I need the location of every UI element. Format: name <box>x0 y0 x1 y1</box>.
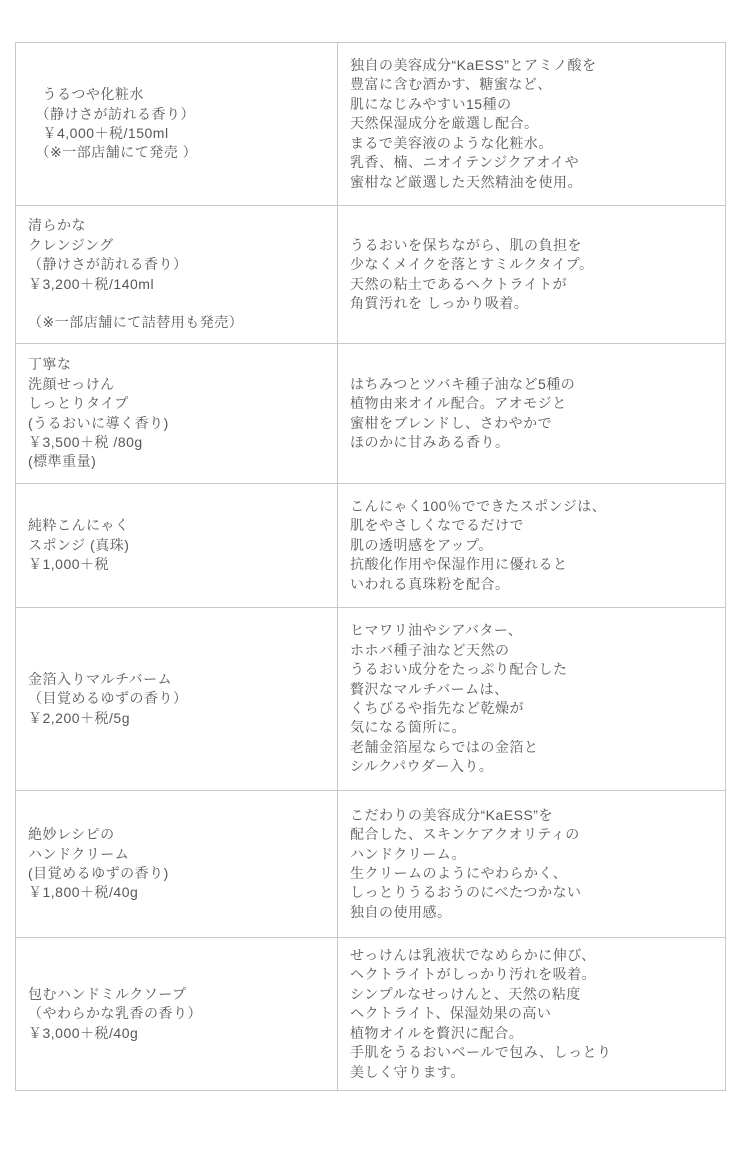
product-name-price: 清らかな クレンジング （静けさが訪れる香り） ￥3,200＋税/140ml （… <box>16 206 338 344</box>
product-name-price: 丁寧な 洗顔せっけん しっとりタイプ (うるおいに導く香り) ￥3,500＋税 … <box>16 344 338 484</box>
table-row: うるつや化粧水 （静けさが訪れる香り） ￥4,000＋税/150ml （※一部店… <box>16 43 726 206</box>
product-name-price: 純粋こんにゃく スポンジ (真珠) ￥1,000＋税 <box>16 484 338 608</box>
product-description: うるおいを保ちながら、肌の負担を 少なくメイクを落とすミルクタイプ。 天然の粘土… <box>338 206 726 344</box>
product-name-price: うるつや化粧水 （静けさが訪れる香り） ￥4,000＋税/150ml （※一部店… <box>16 43 338 206</box>
product-description: はちみつとツバキ種子油など5種の 植物由来オイル配合。アオモジと 蜜柑をブレンド… <box>338 344 726 484</box>
product-description: こんにゃく100％でできたスポンジは、 肌をやさしくなでるだけで 肌の透明感をア… <box>338 484 726 608</box>
product-table: うるつや化粧水 （静けさが訪れる香り） ￥4,000＋税/150ml （※一部店… <box>15 42 726 1091</box>
product-name-price: 包むハンドミルクソープ （やわらかな乳香の香り） ￥3,000＋税/40g <box>16 938 338 1091</box>
product-description: こだわりの美容成分“KaESS”を 配合した、スキンケアクオリティの ハンドクリ… <box>338 791 726 938</box>
product-description: 独自の美容成分“KaESS”とアミノ酸を 豊富に含む酒かす、糖蜜など、 肌になじ… <box>338 43 726 206</box>
table-row: 金箔入りマルチバーム （目覚めるゆずの香り） ￥2,200＋税/5g ヒマワリ油… <box>16 608 726 791</box>
table-row: 包むハンドミルクソープ （やわらかな乳香の香り） ￥3,000＋税/40g せっ… <box>16 938 726 1091</box>
product-name-price: 金箔入りマルチバーム （目覚めるゆずの香り） ￥2,200＋税/5g <box>16 608 338 791</box>
table-row: 純粋こんにゃく スポンジ (真珠) ￥1,000＋税 こんにゃく100％でできた… <box>16 484 726 608</box>
table-row: 丁寧な 洗顔せっけん しっとりタイプ (うるおいに導く香り) ￥3,500＋税 … <box>16 344 726 484</box>
product-description: ヒマワリ油やシアバター、 ホホバ種子油など天然の うるおい成分をたっぷり配合した… <box>338 608 726 791</box>
product-description: せっけんは乳液状でなめらかに伸び、 ヘクトライトがしっかり汚れを吸着。 シンプル… <box>338 938 726 1091</box>
product-name-price: 絶妙レシピの ハンドクリーム (目覚めるゆずの香り) ￥1,800＋税/40g <box>16 791 338 938</box>
table-row: 清らかな クレンジング （静けさが訪れる香り） ￥3,200＋税/140ml （… <box>16 206 726 344</box>
table-row: 絶妙レシピの ハンドクリーム (目覚めるゆずの香り) ￥1,800＋税/40g … <box>16 791 726 938</box>
